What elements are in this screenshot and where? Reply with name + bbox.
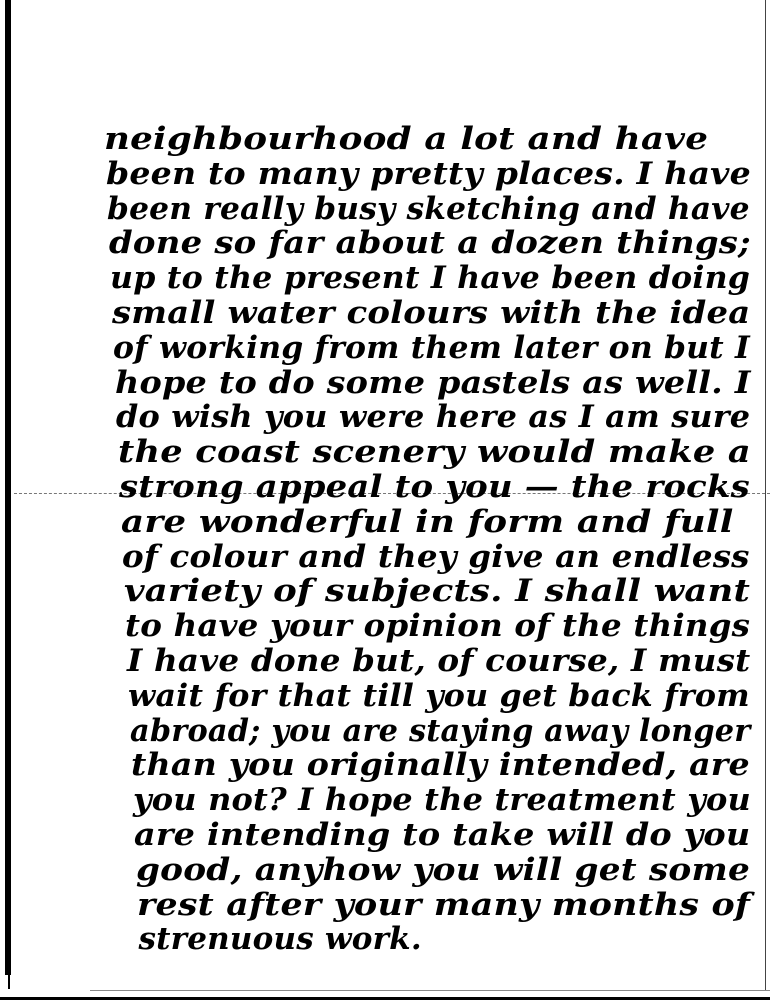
letter-line: done so far about a dozen things; [109, 226, 751, 260]
letter-line: than you originally intended, are [131, 748, 750, 782]
letter-line: of colour and they give an endless [122, 540, 750, 574]
letter-line: good, anyhow you will get some [136, 853, 750, 887]
letter-line: the coast scenery would make a [118, 435, 751, 469]
letter-line: rest after your many months of [137, 888, 750, 922]
letter-line: hope to do some pastels as well. I [115, 366, 751, 400]
letter-line: do wish you were here as I am sure [116, 400, 750, 434]
letter-line: small water colours with the idea [112, 296, 750, 330]
letter-line: been to many pretty places. I have [106, 157, 751, 191]
letter-line: are wonderful in form and full [121, 505, 733, 539]
letter-line: you not? I hope the treatment you [133, 783, 751, 817]
letter-line: been really busy sketching and have [107, 192, 750, 226]
letter-page: neighbourhood a lot and have been to man… [0, 0, 770, 1000]
letter-line: abroad; you are staying away longer [130, 714, 750, 748]
letter-line: I have done but, of course, I must [127, 644, 750, 678]
letter-line: variety of subjects. I shall want [124, 574, 750, 608]
letter-body: neighbourhood a lot and have been to man… [0, 0, 770, 1000]
letter-line: strong appeal to you — the rocks [119, 470, 750, 504]
letter-line: wait for that till you get back from [128, 679, 750, 713]
letter-line: are intending to take will do you [134, 818, 750, 852]
letter-line: strenuous work. [139, 922, 422, 956]
letter-line: to have your opinion of the things [125, 609, 750, 643]
letter-line: up to the present I have been doing [110, 261, 750, 295]
letter-line: of working from them later on but I [113, 331, 750, 365]
letter-line: neighbourhood a lot and have [104, 122, 708, 156]
